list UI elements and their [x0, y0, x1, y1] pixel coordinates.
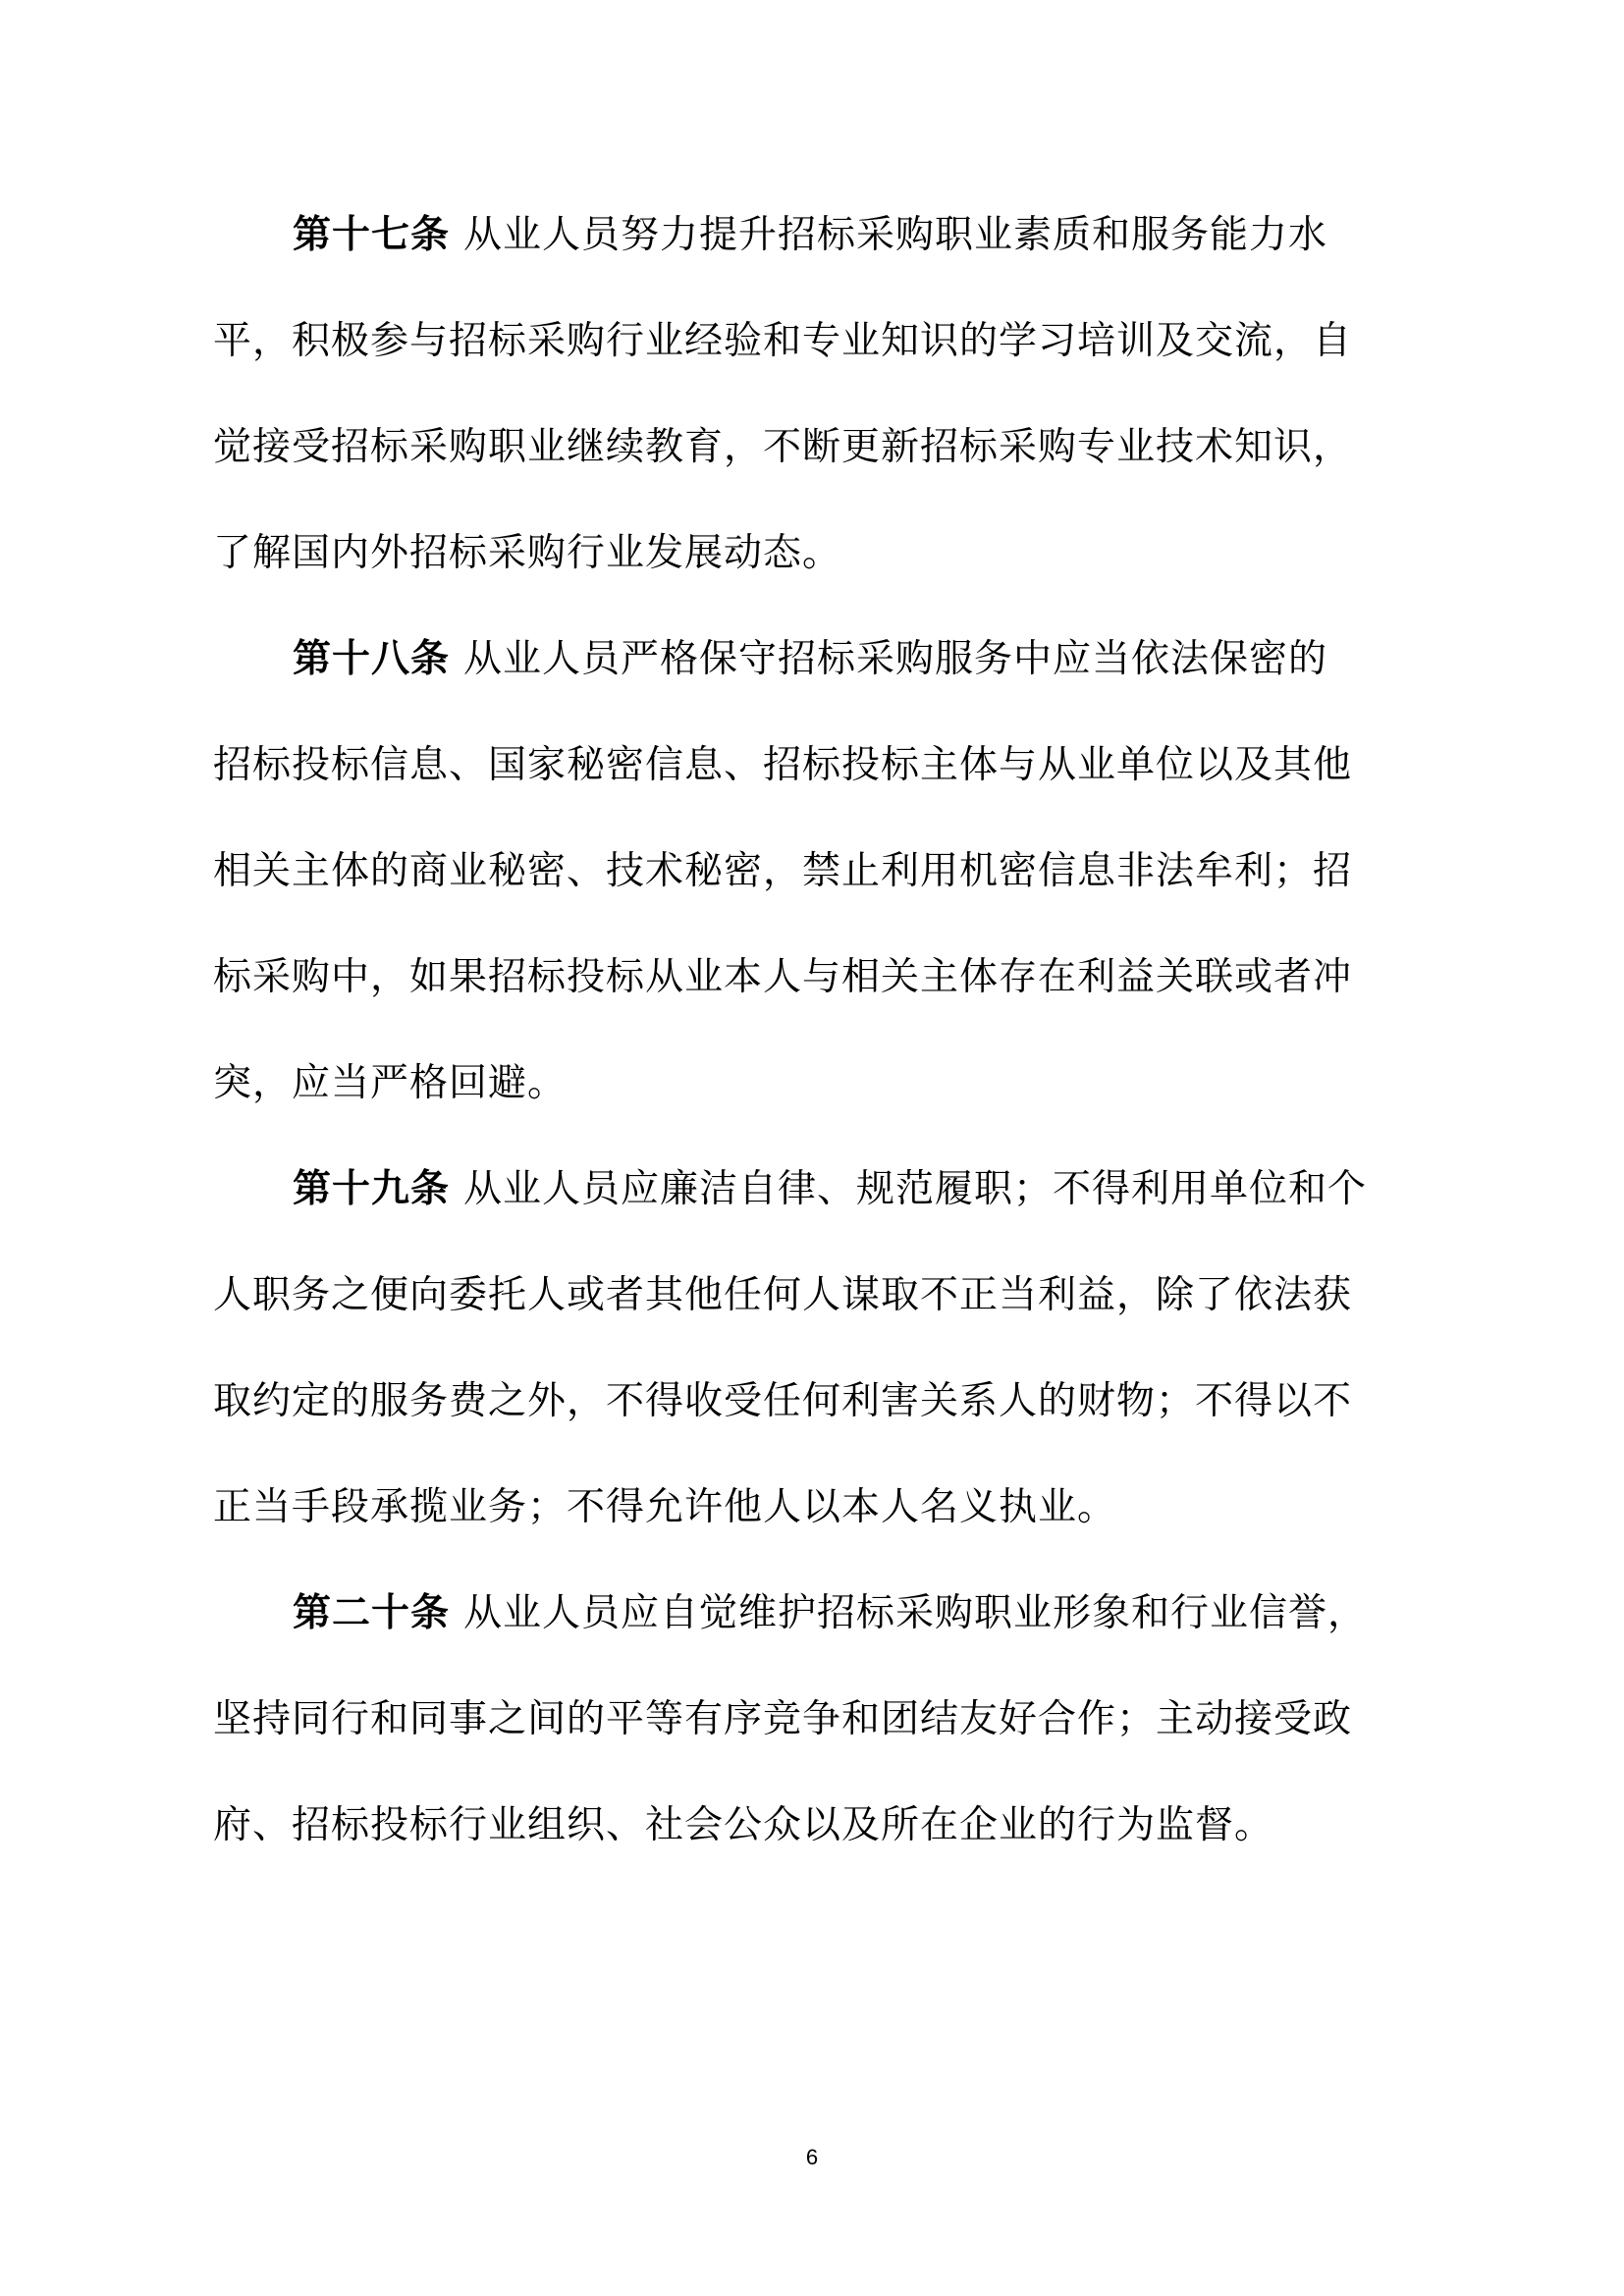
article-20-line-2: 坚持同行和同事之间的平等有序竞争和团结友好合作；主动接受政 [213, 1690, 1431, 1749]
article-19-line-2: 人职务之便向委托人或者其他任何人谋取不正当利益，除了依法获 [213, 1266, 1431, 1325]
article-text: 从业人员应廉洁自律、规范履职；不得利用单位和个 [463, 1167, 1367, 1211]
article-18-line-2: 招标投标信息、国家秘密信息、招标投标主体与从业单位以及其他 [213, 736, 1431, 795]
article-text: 从业人员严格保守招标采购服务中应当依法保密的 [463, 637, 1327, 681]
article-19-line-4: 正当手段承揽业务；不得允许他人以本人名义执业。 [213, 1478, 1431, 1537]
article-17-line-1: 第十七条从业人员努力提升招标采购职业素质和服务能力水 [293, 206, 1510, 265]
article-20-line-3: 府、招标投标行业组织、社会公众以及所在企业的行为监督。 [213, 1796, 1431, 1855]
article-20-line-1: 第二十条从业人员应自觉维护招标采购职业形象和行业信誉， [293, 1584, 1510, 1643]
article-18-line-1: 第十八条从业人员严格保守招标采购服务中应当依法保密的 [293, 630, 1510, 689]
article-19-line-1: 第十九条从业人员应廉洁自律、规范履职；不得利用单位和个 [293, 1160, 1510, 1219]
article-17-line-4: 了解国内外招标采购行业发展动态。 [213, 524, 1431, 583]
document-page: 第十七条从业人员努力提升招标采购职业素质和服务能力水 平，积极参与招标采购行业经… [0, 0, 1624, 2296]
article-text: 从业人员努力提升招标采购职业素质和服务能力水 [463, 213, 1327, 257]
article-18-line-5: 突，应当严格回避。 [213, 1054, 1431, 1113]
article-17-line-3: 觉接受招标采购职业继续教育，不断更新招标采购专业技术知识， [213, 418, 1431, 477]
article-text: 从业人员应自觉维护招标采购职业形象和行业信誉， [463, 1591, 1367, 1635]
page-number: 6 [0, 2145, 1624, 2170]
article-17-heading: 第十七条 [293, 213, 450, 257]
article-18-heading: 第十八条 [293, 637, 450, 681]
article-19-line-3: 取约定的服务费之外，不得收受任何利害关系人的财物；不得以不 [213, 1372, 1431, 1431]
article-17-line-2: 平，积极参与招标采购行业经验和专业知识的学习培训及交流，自 [213, 312, 1431, 371]
article-20-heading: 第二十条 [293, 1591, 450, 1635]
article-19-heading: 第十九条 [293, 1167, 450, 1211]
article-18-line-3: 相关主体的商业秘密、技术秘密，禁止利用机密信息非法牟利；招 [213, 842, 1431, 901]
article-18-line-4: 标采购中，如果招标投标从业本人与相关主体存在利益关联或者冲 [213, 948, 1431, 1007]
